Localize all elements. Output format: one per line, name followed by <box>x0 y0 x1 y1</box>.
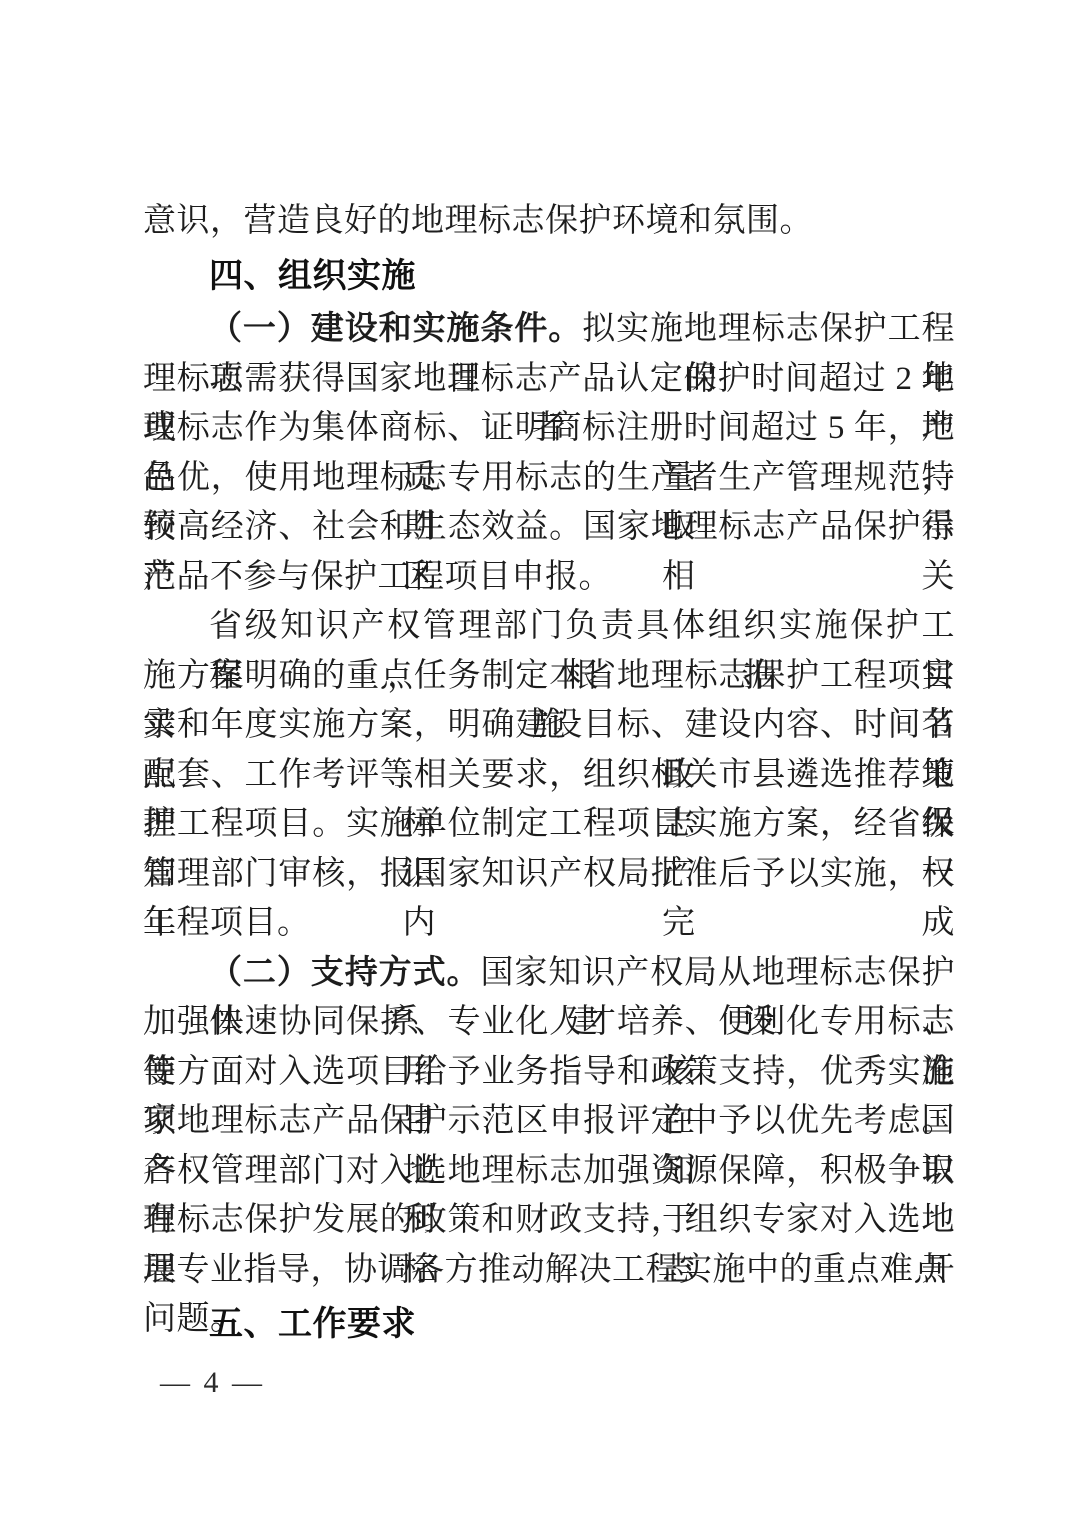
section-heading-4: 四、组织实施 <box>143 252 955 302</box>
bold-text-segment: （一）建设和实施条件。 <box>209 311 582 347</box>
document-page: 意识，营造良好的地理标志保护环境和氛围。四、组织实施（一）建设和实施条件。拟实施… <box>0 0 1080 1527</box>
body-line: 省级知识产权管理部门负责具体组织实施保护工程，根据实 <box>143 602 955 652</box>
body-line: 加强快速协同保护、专业化人才培养、便利化专用标志使用核准 <box>143 998 955 1048</box>
text-segment: 意识，营造良好的地理标志保护环境和氛围。 <box>143 203 813 239</box>
body-line: 色优，使用地理标志专用标志的生产者生产管理规范，预期取得 <box>143 454 955 504</box>
page-number: — 4 — <box>160 1366 265 1400</box>
body-line: 录和年度实施方案，明确建设目标、建设内容、时间节点、政策 <box>143 701 955 751</box>
body-line: 理标志保护发展的政策和财政支持，组织专家对入选地理标志开 <box>143 1196 955 1246</box>
body-line: 产权管理部门对入选地理标志加强资源保障，积极争取有利于地 <box>143 1147 955 1197</box>
section-heading-5: 五、工作要求 <box>143 1300 955 1350</box>
body-line: 管理部门审核，报国家知识产权局批准后予以实施，一年内完成 <box>143 850 955 900</box>
para-continuation-line: 意识，营造良好的地理标志保护环境和氛围。 <box>143 197 955 247</box>
body-line: 较高经济、社会和生态效益。国家地理标志产品保护示范区相关 <box>143 503 955 553</box>
bold-text-segment: （二）支持方式。 <box>209 955 480 991</box>
body-line: 展专业指导，协调各方推动解决工程实施中的重点难点问题。 <box>143 1246 955 1296</box>
body-line: （二）支持方式。国家知识产权局从地理标志保护体系建设、 <box>143 949 955 999</box>
body-line: 等方面对入选项目给予业务指导和政策支持，优秀实施项目在国 <box>143 1048 955 1098</box>
bold-text-segment: 五、工作要求 <box>209 1305 416 1343</box>
bold-text-segment: 四、组织实施 <box>209 257 416 295</box>
body-line: 配套、工作考评等相关要求，组织相关市县遴选推荐地理标志保 <box>143 751 955 801</box>
body-line: （一）建设和实施条件。拟实施地理标志保护工程项目的地 <box>143 305 955 355</box>
body-line: 护工程项目。实施单位制定工程项目实施方案，经省级知识产权 <box>143 800 955 850</box>
body-line: 理标志需获得国家地理标志产品认定保护时间超过 2 年或者地 <box>143 355 955 405</box>
text-segment: 工程项目。 <box>143 905 311 941</box>
text-segment: 产品不参与保护工程项目申报。 <box>143 559 612 595</box>
document-text-block: 意识，营造良好的地理标志保护环境和氛围。四、组织实施（一）建设和实施条件。拟实施… <box>143 197 955 1354</box>
body-line: 理标志作为集体商标、证明商标注册时间超过 5 年，产品质量特 <box>143 404 955 454</box>
body-line: 家地理标志产品保护示范区申报评定中予以优先考虑。各地知识 <box>143 1097 955 1147</box>
body-line: 施方案明确的重点任务制定本省地理标志保护工程项目实施名 <box>143 652 955 702</box>
